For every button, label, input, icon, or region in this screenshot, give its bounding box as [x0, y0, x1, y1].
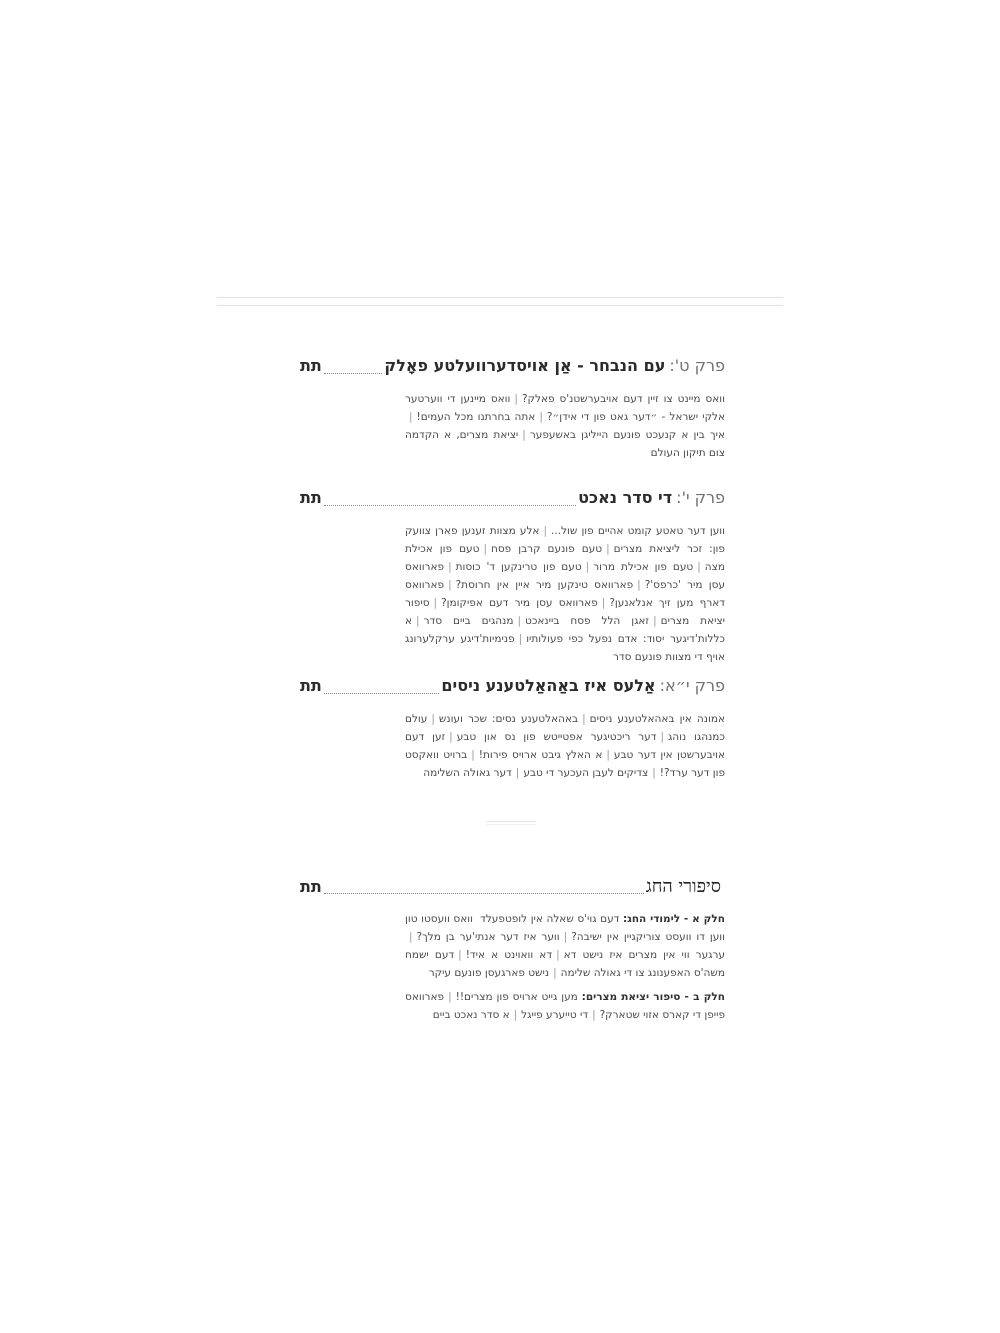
dot-leader: [324, 692, 440, 694]
toc-entry-heading[interactable]: סיפורי החג תת: [300, 876, 725, 898]
topic: טעם פונעם קרבן פסח: [491, 543, 602, 555]
topic: דעם גוי'ס שאלה אין לופטפעלד: [480, 913, 619, 925]
topic: דא וואוינט א איד!: [466, 949, 552, 961]
chapter-title: עם הנבחר - אַן אויסדערוועלטע פאָלק: [384, 356, 665, 375]
topic: טעם פון טרינקען ד' כוסות: [456, 561, 582, 573]
section-parts: חלק א - לימודי החג: דעם גוי'ס שאלה אין ל…: [405, 910, 725, 1024]
section-divider: [486, 821, 536, 825]
page-reference: תת: [300, 356, 322, 375]
topic: א סדר נאכט ביים: [433, 1009, 510, 1021]
topic: דער ריכטיגער אפטייטש פון נס און טבע: [457, 731, 657, 743]
chapter-prefix: פרק י':: [676, 488, 725, 507]
top-rule: [217, 297, 783, 298]
toc-entry-heading[interactable]: פרק ט': עם הנבחר - אַן אויסדערוועלטע פאָ…: [300, 356, 725, 378]
topic: אתה בחרתנו מכל העמים!: [417, 411, 536, 423]
topic: ווען דער טאטע קומט אהיים פון שול...: [551, 525, 725, 537]
toc-entry: פרק י״א: אַלעס איז באַהאַלטענע ניסים תת …: [300, 676, 725, 782]
topic: ווער איז דער אנתי'ער בן מלך?: [417, 931, 560, 943]
toc-entry-heading[interactable]: פרק י״א: אַלעס איז באַהאַלטענע ניסים תת: [300, 676, 725, 698]
topic: וואס מיינט צו זיין דעם אויבערשטנ'ס פאלק?: [522, 393, 725, 405]
part: חלק ב - סיפור יציאת מצרים: מען גייט ארוי…: [405, 988, 725, 1024]
chapter-topics: אמונה אין באהאלטענע ניסים|באהאלטענע נסים…: [405, 710, 725, 782]
top-rule: [217, 305, 783, 306]
topic: מנהגים ביים סדר: [424, 615, 514, 627]
dot-leader: [324, 892, 644, 894]
part-label: חלק א - לימודי החג:: [623, 913, 725, 925]
dot-leader: [324, 372, 383, 374]
topic: באהאלטענע נסים: שכר ועונש: [439, 713, 578, 725]
page-reference: תת: [300, 488, 322, 507]
topic: ערגער ווי אין מצרים איז נישט דא: [564, 949, 725, 961]
topic: צדיקים לעבן העכער די טבע: [523, 767, 648, 779]
dot-leader: [324, 504, 576, 506]
section-title: סיפורי החג: [646, 876, 721, 897]
topic: פארוואס טינקען מיר איין אין חרוסת?: [456, 579, 634, 591]
topic: איך בין א קנעכט פונעם הייליגן באשעפער: [530, 429, 725, 441]
topic: נישט פארגעסן פונעם עיקר: [429, 967, 549, 979]
topic: מען גייט ארויס פון מצרים!!: [456, 991, 578, 1003]
topic: טעם פון אכילת מרור: [593, 561, 693, 573]
chapter-prefix: פרק ט':: [669, 356, 725, 375]
toc-entry: פרק ט': עם הנבחר - אַן אויסדערוועלטע פאָ…: [300, 356, 725, 462]
part: חלק א - לימודי החג: דעם גוי'ס שאלה אין ל…: [405, 910, 725, 982]
topic: זאגן הלל פסח ביינאכט: [525, 615, 649, 627]
chapter-topics: ווען דער טאטע קומט אהיים פון שול...|אלע …: [405, 522, 725, 666]
topic: די טייערע פייגל: [521, 1009, 588, 1021]
part-label: חלק ב - סיפור יציאת מצרים:: [582, 991, 725, 1003]
page-reference: תת: [300, 676, 322, 695]
chapter-prefix: פרק י״א:: [660, 676, 725, 695]
toc-entry: פרק י': די סדר נאכט תת ווען דער טאטע קומ…: [300, 488, 725, 666]
topic: א האלץ גיבט ארויס פירות!: [479, 749, 603, 761]
toc-entry-heading[interactable]: פרק י': די סדר נאכט תת: [300, 488, 725, 510]
toc-entry: סיפורי החג תת חלק א - לימודי החג: דעם גו…: [300, 876, 725, 1030]
chapter-topics: וואס מיינט צו זיין דעם אויבערשטנ'ס פאלק?…: [405, 390, 725, 462]
topic: פארוואס עסן מיר דעם אפיקומן?: [441, 597, 598, 609]
topic: אמונה אין באהאלטענע ניסים: [590, 713, 725, 725]
page-reference: תת: [300, 877, 322, 896]
chapter-title: די סדר נאכט: [578, 488, 672, 507]
chapter-title: אַלעס איז באַהאַלטענע ניסים: [441, 676, 655, 695]
topic: דער גאולה השלימה: [423, 767, 512, 779]
